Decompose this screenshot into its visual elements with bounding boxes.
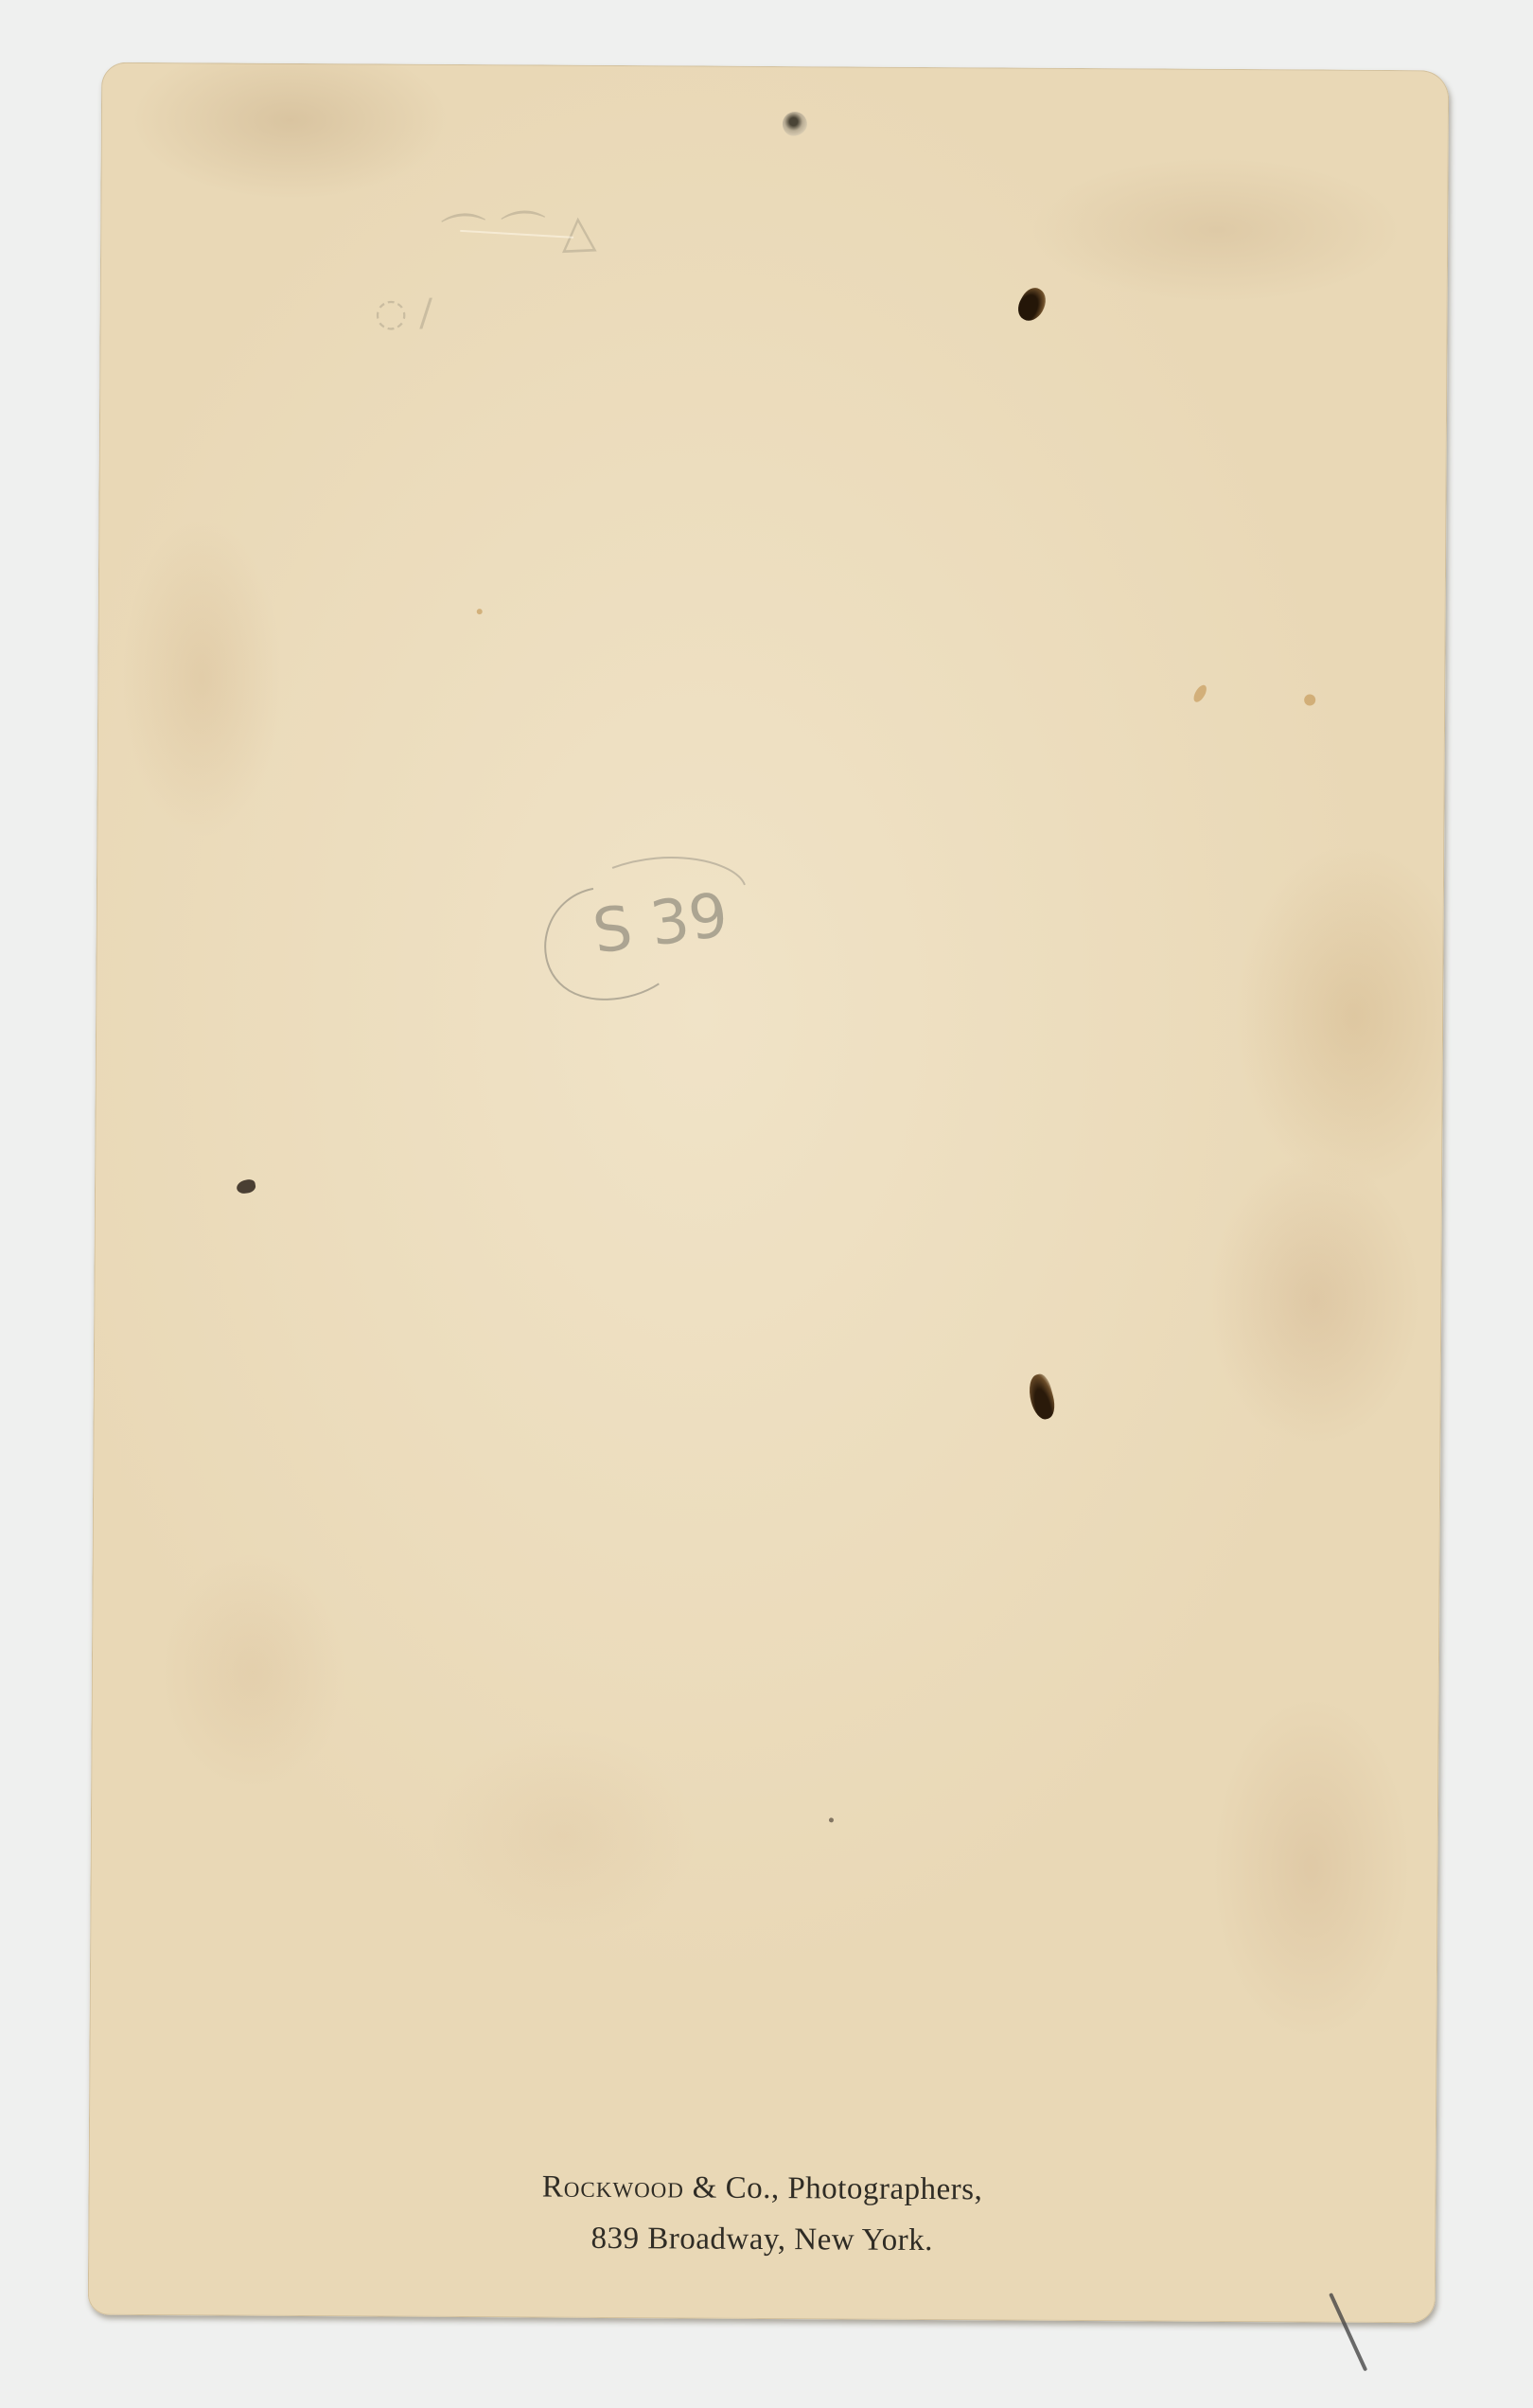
studio-imprint: Rockwood & Co., Photographers, 839 Broad… [88,2159,1436,2270]
dark-stain [1025,1372,1058,1423]
imprint-line-1: Rockwood & Co., Photographers, [88,2159,1436,2219]
imprint-address: 839 Broadway, New York. [88,2210,1436,2270]
faint-impression-mark: ◌ / [375,291,432,334]
pencil-annotation: S 39 [526,850,754,1012]
studio-suffix: & Co., Photographers, [684,2170,983,2206]
small-stain [236,1178,256,1195]
foxing-spot [1304,694,1315,705]
foxing-spot [829,1817,834,1822]
photo-card-back: ⌒ ⌒ △ ◌ / S 39 Rockwood & Co., Photograp… [88,62,1450,2324]
dark-stain [1013,284,1051,326]
pinhole-mark [783,112,807,136]
foxing-spot [1191,683,1209,704]
foxing-spot [477,609,483,614]
studio-name: Rockwood [542,2170,684,2205]
